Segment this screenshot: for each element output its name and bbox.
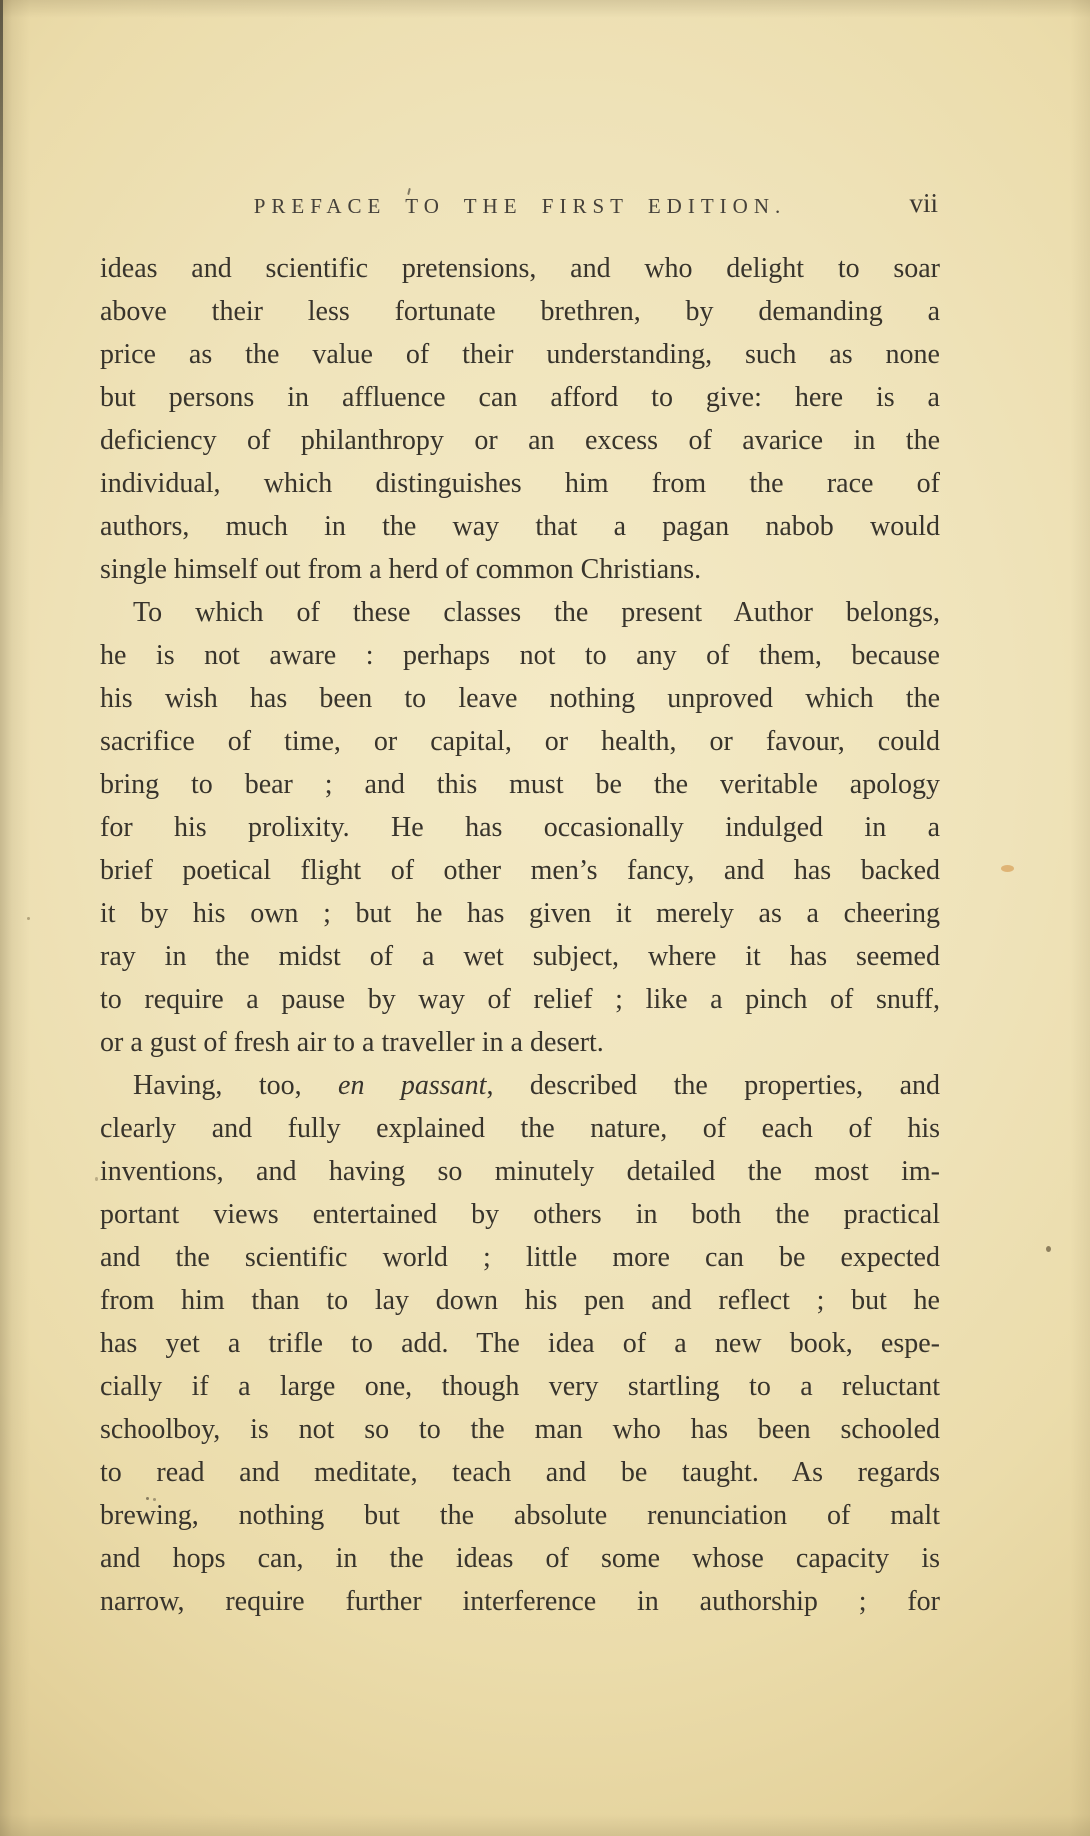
text-line: clearly and fully explained the nature, …: [100, 1107, 940, 1150]
text-line: has yet a trifle to add. The idea of a n…: [100, 1322, 940, 1365]
text-line: to read and meditate, teach and be taugh…: [100, 1451, 940, 1494]
text-segment: above their less fortunate brethren, by …: [100, 296, 940, 327]
text-line: deficiency of philanthropy or an excess …: [100, 419, 940, 462]
running-title: PREFACE TO THE FIRST EDITION.: [100, 194, 940, 219]
text-line: narrow, require further interference in …: [100, 1580, 940, 1623]
text-line: it by his own ; but he has given it mere…: [100, 892, 940, 935]
text-segment: schoolboy, is not so to the man who has …: [100, 1414, 940, 1445]
text-segment: single himself out from a herd of common…: [100, 554, 701, 585]
text-segment: individual, which distinguishes him from…: [100, 468, 940, 499]
text-segment: deficiency of philanthropy or an excess …: [100, 425, 940, 456]
text-segment: his wish has been to leave nothing unpro…: [100, 683, 940, 714]
text-segment: Having, too,: [133, 1070, 338, 1101]
text-segment: ray in the midst of a wet subject, where…: [100, 941, 940, 972]
text-segment: price as the value of their understandin…: [100, 339, 940, 370]
text-line: single himself out from a herd of common…: [100, 548, 940, 591]
text-line: to require a pause by way of relief ; li…: [100, 978, 940, 1021]
paper-speck: [95, 1177, 98, 1181]
text-segment: for his prolixity. He has occasionally i…: [100, 812, 940, 843]
text-line: he is not aware : perhaps not to any of …: [100, 634, 940, 677]
text-line: Having, too, en passant, described the p…: [100, 1064, 940, 1107]
text-segment: authors, much in the way that a pagan na…: [100, 511, 940, 542]
text-line: for his prolixity. He has occasionally i…: [100, 806, 940, 849]
text-line: cially if a large one, though very start…: [100, 1365, 940, 1408]
text-line: brief poetical flight of other men’s fan…: [100, 849, 940, 892]
text-line: and the scientific world ; little more c…: [100, 1236, 940, 1279]
text-segment: inventions, and having so minutely detai…: [100, 1156, 940, 1187]
page-header: PREFACE TO THE FIRST EDITION. vii: [100, 190, 940, 230]
text-segment: but persons in affluence can afford to g…: [100, 382, 940, 413]
text-line: individual, which distinguishes him from…: [100, 462, 940, 505]
text-segment: and hops can, in the ideas of some whose…: [100, 1543, 940, 1574]
paragraph: ideas and scientific pretensions, and wh…: [100, 247, 940, 591]
text-segment: he is not aware : perhaps not to any of …: [100, 640, 940, 671]
text-line: ray in the midst of a wet subject, where…: [100, 935, 940, 978]
text-segment: bring to bear ; and this must be the ver…: [100, 769, 940, 800]
text-segment: has yet a trifle to add. The idea of a n…: [100, 1328, 940, 1359]
text-segment: to require a pause by way of relief ; li…: [100, 984, 940, 1015]
text-line: and hops can, in the ideas of some whose…: [100, 1537, 940, 1580]
ink-speck: [1046, 1246, 1051, 1252]
text-segment: it by his own ; but he has given it mere…: [100, 898, 940, 929]
page-edge-shadow-bottom: [0, 1814, 1090, 1836]
text-segment: To which of these classes the present Au…: [133, 597, 940, 628]
text-segment: to read and meditate, teach and be taugh…: [100, 1457, 940, 1488]
italic-text: en passant: [338, 1070, 486, 1101]
foxing-stain: [1001, 865, 1014, 872]
scan-artifact: [146, 1497, 149, 1500]
text-segment: cially if a large one, though very start…: [100, 1371, 940, 1402]
text-segment: and the scientific world ; little more c…: [100, 1242, 940, 1273]
text-line: portant views entertained by others in b…: [100, 1193, 940, 1236]
paper-speck: [27, 917, 30, 920]
text-line: his wish has been to leave nothing unpro…: [100, 677, 940, 720]
text-segment: sacrifice of time, or capital, or health…: [100, 726, 940, 757]
text-segment: from him than to lay down his pen and re…: [100, 1285, 940, 1316]
text-line: but persons in affluence can afford to g…: [100, 376, 940, 419]
text-line: schoolboy, is not so to the man who has …: [100, 1408, 940, 1451]
text-segment: narrow, require further interference in …: [100, 1586, 940, 1617]
text-segment: brief poetical flight of other men’s fan…: [100, 855, 940, 886]
text-line: price as the value of their understandin…: [100, 333, 940, 376]
page-number: vii: [909, 188, 938, 219]
scanned-book-page: PREFACE TO THE FIRST EDITION. vii ideas …: [0, 0, 1090, 1836]
page-edge-shadow-left: [0, 0, 30, 1836]
text-line: above their less fortunate brethren, by …: [100, 290, 940, 333]
page-edge-shadow-top: [0, 0, 1090, 18]
paragraph: Having, too, en passant, described the p…: [100, 1064, 940, 1623]
text-line: To which of these classes the present Au…: [100, 591, 940, 634]
text-line: ideas and scientific pretensions, and wh…: [100, 247, 940, 290]
text-line: authors, much in the way that a pagan na…: [100, 505, 940, 548]
text-line: bring to bear ; and this must be the ver…: [100, 763, 940, 806]
page-edge-shadow-right: [1070, 0, 1090, 1836]
text-segment: clearly and fully explained the nature, …: [100, 1113, 940, 1144]
text-line: or a gust of fresh air to a traveller in…: [100, 1021, 940, 1064]
paragraph: To which of these classes the present Au…: [100, 591, 940, 1064]
text-segment: or a gust of fresh air to a traveller in…: [100, 1027, 604, 1058]
text-line: inventions, and having so minutely detai…: [100, 1150, 940, 1193]
text-block: ideas and scientific pretensions, and wh…: [100, 247, 940, 1623]
text-segment: portant views entertained by others in b…: [100, 1199, 940, 1230]
text-segment: , described the properties, and: [486, 1070, 940, 1101]
page-edge-line: [0, 0, 3, 520]
text-segment: ideas and scientific pretensions, and wh…: [100, 253, 940, 284]
text-segment: brewing, nothing but the absolute renunc…: [100, 1500, 940, 1531]
text-line: brewing, nothing but the absolute renunc…: [100, 1494, 940, 1537]
text-line: from him than to lay down his pen and re…: [100, 1279, 940, 1322]
text-line: sacrifice of time, or capital, or health…: [100, 720, 940, 763]
